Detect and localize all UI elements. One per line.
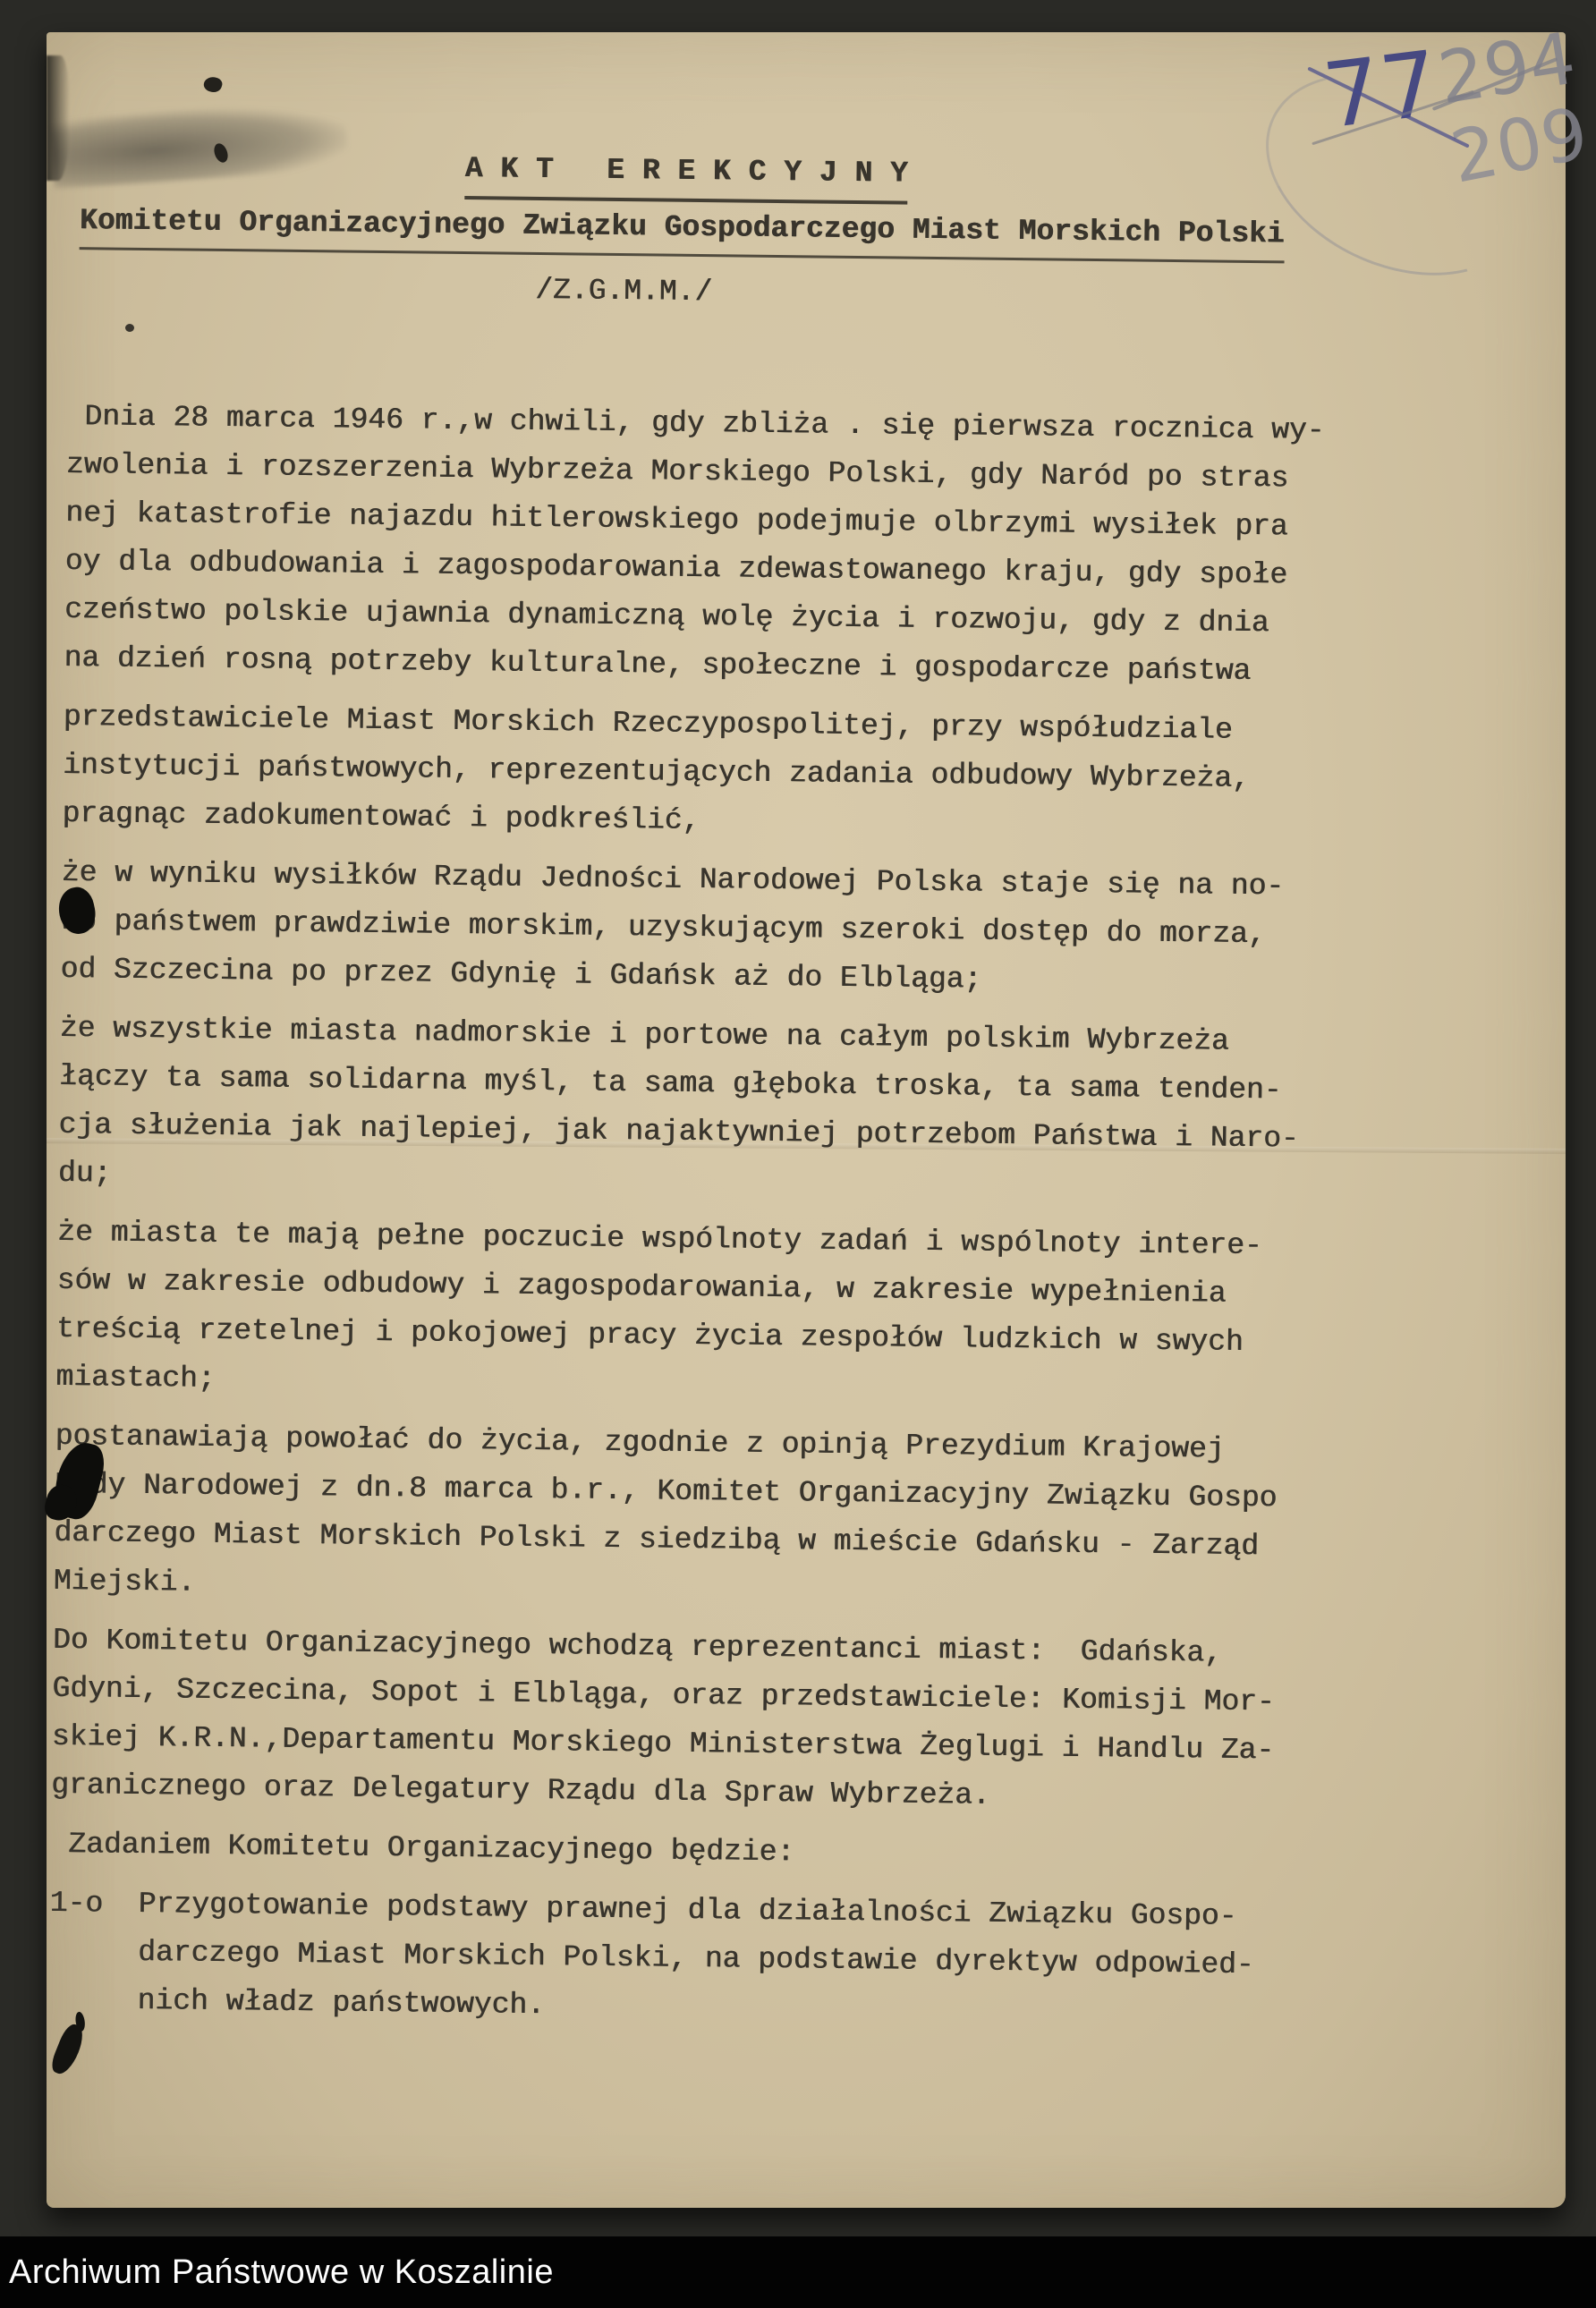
archive-footer-bar: Archiwum Państwowe w Koszalinie	[0, 2236, 1596, 2308]
document-paragraph: przedstawiciele Miast Morskich Rzeczypos…	[62, 693, 1549, 855]
document-paragraph: 1-o Przygotowanie podstawy prawnej dla d…	[48, 1879, 1535, 2041]
document-paragraph: Do Komitetu Organizacyjnego wchodzą repr…	[51, 1616, 1538, 1827]
scanned-document: A K T E R E K C Y J N Y Komitetu Organiz…	[0, 0, 1596, 2308]
archive-watermark-label: Archiwum Państwowe w Koszalinie	[0, 2253, 554, 2292]
document-paragraph: że wszystkie miasta nadmorskie i portowe…	[58, 1005, 1545, 1215]
document-page: A K T E R E K C Y J N Y Komitetu Organiz…	[47, 32, 1566, 2208]
ink-dot	[125, 324, 134, 332]
document-subtitle: Komitetu Organizacyjnego Związku Gospoda…	[80, 197, 1285, 263]
document-body: A K T E R E K C Y J N Y Komitetu Organiz…	[25, 32, 1556, 2052]
document-paragraph: że miasta te mają pełne poczucie wspólno…	[55, 1209, 1542, 1419]
torn-edge-shadow	[47, 55, 70, 181]
document-paragraph: że w wyniku wysiłków Rządu Jedności Naro…	[60, 849, 1547, 1011]
document-abbreviation: /Z.G.M.M./	[535, 267, 1554, 327]
document-title: A K T E R E K C Y J N Y	[464, 145, 908, 205]
document-paragraph: Dnia 28 marca 1946 r.,w chwili, gdy zbli…	[64, 393, 1552, 700]
document-paragraph: Zadaniem Komitetu Organizacyjnego będzie…	[50, 1820, 1536, 1886]
document-paragraph: postanawiają powołać do życia, zgodnie z…	[53, 1413, 1540, 1623]
